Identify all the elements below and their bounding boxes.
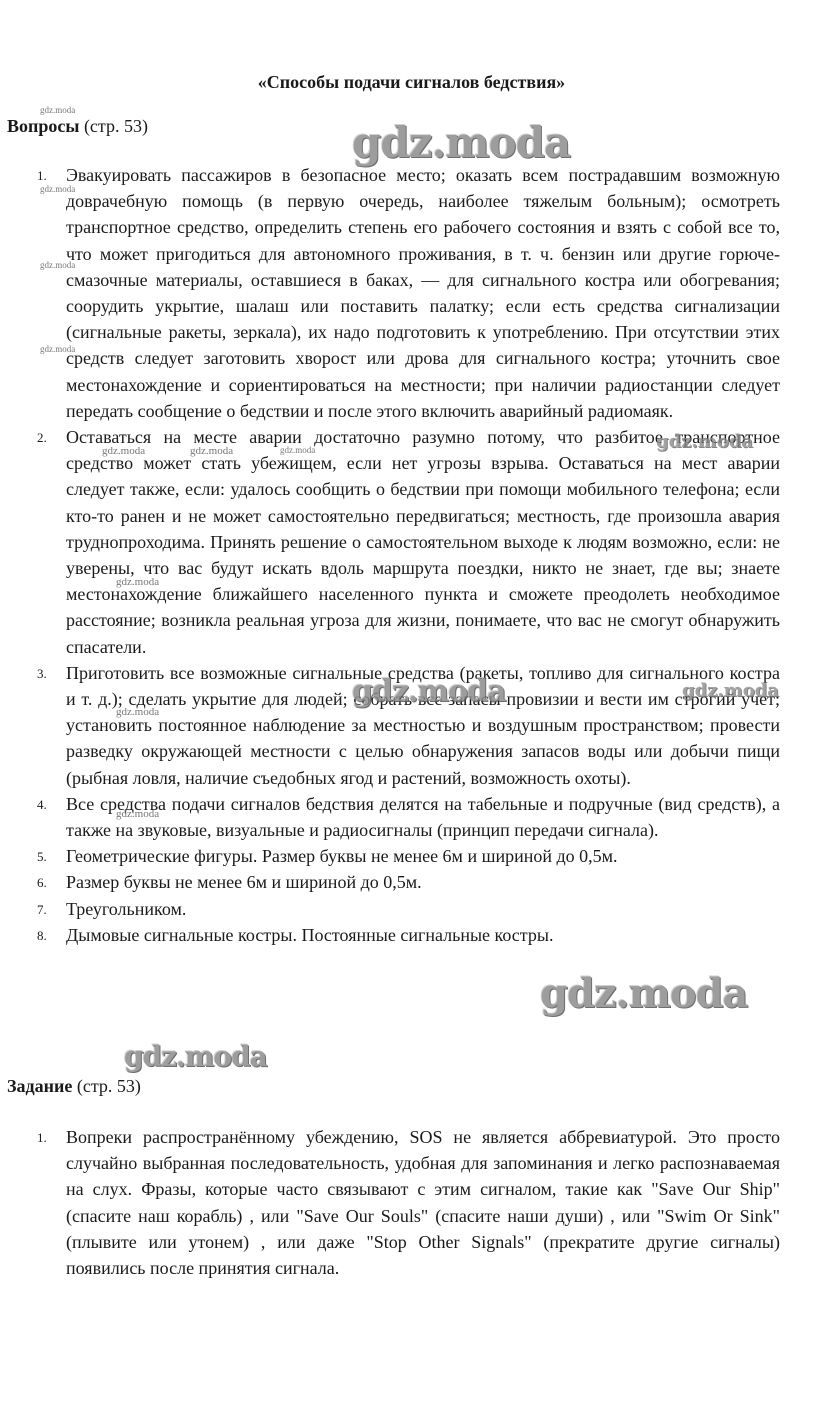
watermark: gdz.moda <box>40 184 75 194</box>
watermark: gdz.moda <box>352 118 570 167</box>
item-text: Дымовые сигнальные костры. Постоянные си… <box>66 925 553 945</box>
list-item: 2.Оставаться на месте аварии достаточно … <box>0 424 780 660</box>
watermark: gdz.moda <box>40 344 75 354</box>
watermark: gdz.moda <box>102 445 145 457</box>
list-item: 1.Эвакуировать пассажиров в безопасное м… <box>0 162 780 424</box>
item-text: Оставаться на месте аварии достаточно ра… <box>66 427 780 657</box>
watermark: gdz.moda <box>116 808 159 820</box>
item-text: Все средства подачи сигналов бедствия де… <box>66 794 780 840</box>
list-item: 8.Дымовые сигнальные костры. Постоянные … <box>0 922 780 948</box>
item-number: 7. <box>37 897 47 923</box>
list-item: 6.Размер буквы не менее 6м и шириной до … <box>0 869 780 895</box>
item-number: 5. <box>37 844 47 870</box>
item-number: 2. <box>37 425 47 451</box>
item-text: Треугольником. <box>66 899 186 919</box>
watermark: gdz.moda <box>656 431 753 452</box>
questions-heading-label: Вопросы <box>7 116 79 136</box>
questions-list: 1.Эвакуировать пассажиров в безопасное м… <box>0 162 780 948</box>
list-item: 5.Геометрические фигуры. Размер буквы не… <box>0 843 780 869</box>
task-heading: Задание (стр. 53) <box>7 1076 141 1097</box>
task-page-ref: (стр. 53) <box>77 1076 141 1096</box>
list-item: 1.Вопреки распространённому убеждению, S… <box>0 1124 780 1281</box>
questions-page-ref: (стр. 53) <box>84 116 148 136</box>
item-number: 4. <box>37 792 47 818</box>
item-number: 1. <box>37 1125 47 1151</box>
item-text: Геометрические фигуры. Размер буквы не м… <box>66 846 618 866</box>
item-text: Размер буквы не менее 6м и шириной до 0,… <box>66 872 422 892</box>
page-title: «Способы подачи сигналов бедствия» <box>0 72 823 93</box>
watermark: gdz.moda <box>116 576 159 588</box>
watermark: gdz.moda <box>190 445 233 457</box>
item-number: 8. <box>37 923 47 949</box>
item-text: Вопреки распространённому убеждению, SOS… <box>66 1127 780 1278</box>
item-number: 6. <box>37 870 47 896</box>
list-item: 7.Треугольником. <box>0 896 780 922</box>
watermark: gdz.moda <box>352 674 506 709</box>
watermark: gdz.moda <box>124 1040 267 1073</box>
task-list: 1.Вопреки распространённому убеждению, S… <box>0 1124 780 1281</box>
item-text: Эвакуировать пассажиров в безопасное мес… <box>66 165 780 421</box>
task-heading-label: Задание <box>7 1076 72 1096</box>
watermark: gdz.moda <box>280 445 315 455</box>
questions-heading: Вопросы (стр. 53) <box>7 116 148 137</box>
watermark: gdz.moda <box>682 680 779 701</box>
watermark: gdz.moda <box>40 105 75 115</box>
item-number: 3. <box>37 661 47 687</box>
watermark: gdz.moda <box>40 260 75 270</box>
watermark: gdz.moda <box>116 706 159 718</box>
watermark: gdz.moda <box>540 970 747 1017</box>
